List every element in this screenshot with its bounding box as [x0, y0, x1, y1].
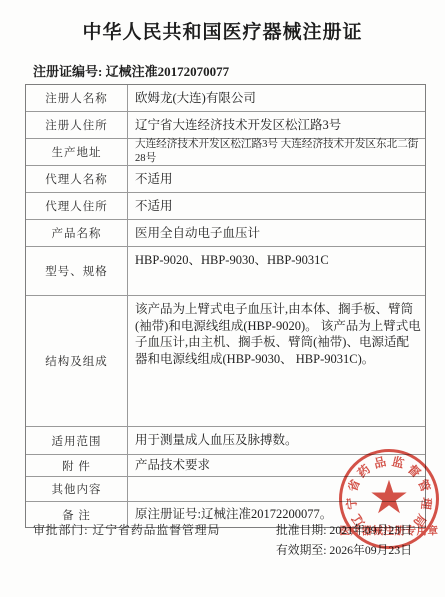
table-row: 适用范围 用于测量成人血压及脉搏数。	[26, 427, 425, 455]
approval-department-value: 辽宁省药品监督管理局	[92, 523, 220, 537]
certificate-table: 注册人名称 欧姆龙(大连)有限公司 注册人住所 辽宁省大连经济技术开发区松江路3…	[25, 84, 426, 528]
valid-until-label: 有效期至:	[276, 543, 326, 557]
table-row: 结构及组成 该产品为上臂式电子血压计,由本体、搁手板、臂筒(袖带)和电源线组成(…	[26, 296, 425, 427]
row-label: 适用范围	[26, 427, 128, 454]
row-value: 用于测量成人血压及脉搏数。	[128, 427, 425, 454]
approval-department-line: 审批部门: 辽宁省药品监督管理局	[33, 521, 220, 538]
approval-department-label: 审批部门:	[33, 523, 88, 537]
row-label: 附 件	[26, 455, 128, 476]
row-label: 型号、规格	[26, 247, 128, 295]
row-value: 欧姆龙(大连)有限公司	[128, 85, 425, 111]
row-value	[128, 477, 425, 501]
row-label: 产品名称	[26, 220, 128, 246]
table-row: 注册人名称 欧姆龙(大连)有限公司	[26, 85, 425, 112]
row-value: 不适用	[128, 166, 425, 192]
table-row: 代理人住所 不适用	[26, 193, 425, 220]
table-row: 其他内容	[26, 477, 425, 502]
row-value: HBP-9020、HBP-9030、HBP-9031C	[128, 247, 425, 295]
row-value: 辽宁省大连经济技术开发区松江路3号	[128, 112, 425, 138]
cert-number-label: 注册证编号:	[33, 64, 102, 79]
row-value: 产品技术要求	[128, 455, 425, 476]
row-label: 代理人住所	[26, 193, 128, 219]
valid-until-value: 2026年09月23日	[329, 543, 412, 557]
valid-until-line: 有效期至: 2026年09月23日	[276, 541, 412, 558]
table-row: 产品名称 医用全自动电子血压计	[26, 220, 425, 247]
table-row: 附 件 产品技术要求	[26, 455, 425, 477]
row-label: 其他内容	[26, 477, 128, 501]
row-label: 结构及组成	[26, 296, 128, 426]
row-value: 医用全自动电子血压计	[128, 220, 425, 246]
certificate-page: 中华人民共和国医疗器械注册证 注册证编号: 辽械注准20172070077 注册…	[0, 0, 445, 597]
page-title: 中华人民共和国医疗器械注册证	[0, 17, 445, 44]
row-value: 大连经济技术开发区松江路3号 大连经济技术开发区东北二街28号	[128, 139, 425, 165]
row-label: 注册人名称	[26, 85, 128, 111]
table-row: 生产地址 大连经济技术开发区松江路3号 大连经济技术开发区东北二街28号	[26, 139, 425, 166]
approval-date-line: 批准日期: 2021年09月23日	[276, 521, 412, 538]
row-label: 代理人名称	[26, 166, 128, 192]
row-value: 该产品为上臂式电子血压计,由本体、搁手板、臂筒(袖带)和电源线组成(HBP-90…	[128, 296, 425, 426]
row-label: 注册人住所	[26, 112, 128, 138]
approval-date-value: 2021年09月23日	[329, 523, 412, 537]
table-row: 型号、规格 HBP-9020、HBP-9030、HBP-9031C	[26, 247, 425, 296]
cert-number-value: 辽械注准20172070077	[106, 64, 230, 79]
table-row: 注册人住所 辽宁省大连经济技术开发区松江路3号	[26, 112, 425, 139]
approval-date-label: 批准日期:	[276, 523, 326, 537]
cert-number-line: 注册证编号: 辽械注准20172070077	[33, 61, 229, 80]
row-label: 生产地址	[26, 139, 128, 165]
row-value: 不适用	[128, 193, 425, 219]
table-row: 代理人名称 不适用	[26, 166, 425, 193]
